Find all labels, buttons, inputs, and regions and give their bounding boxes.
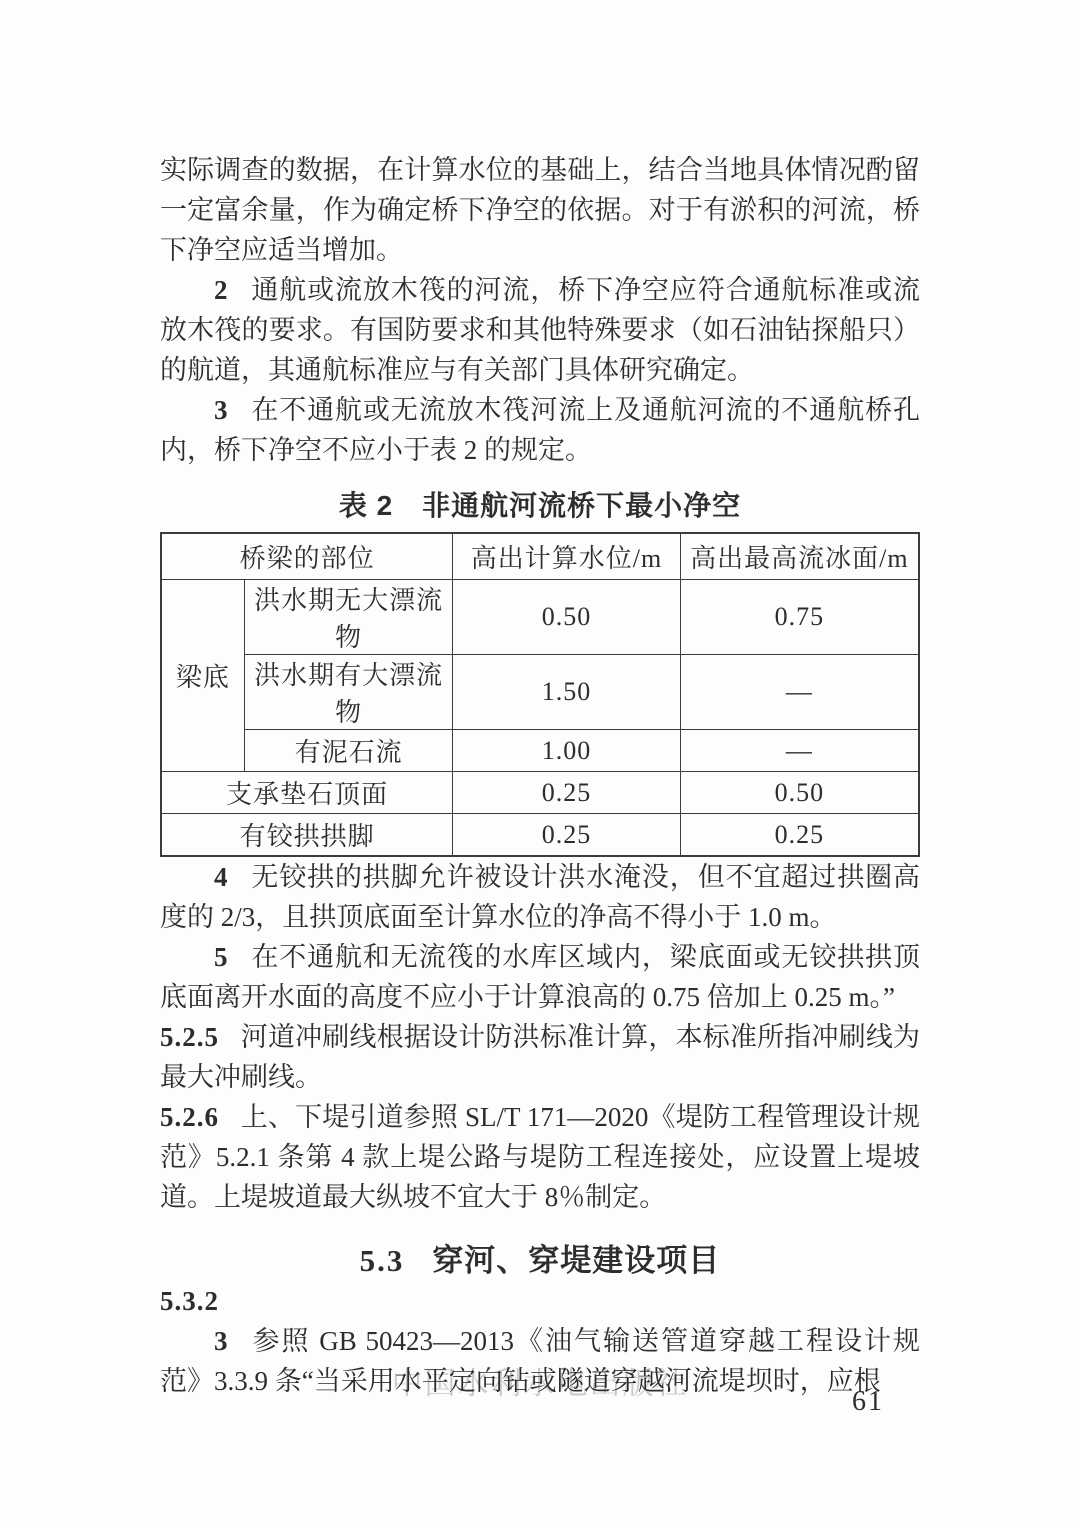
- page-number: 61: [852, 1386, 884, 1418]
- paragraph-text: 无铰拱的拱脚允许被设计洪水淹没，但不宜超过拱圈高度的 2/3，且拱顶底面至计算水…: [160, 862, 920, 932]
- cell-water: 0.25: [453, 814, 680, 857]
- cell-water: 0.25: [453, 772, 680, 814]
- paragraph-item-4: 4无铰拱的拱脚允许被设计洪水淹没，但不宜超过拱圈高度的 2/3，且拱顶底面至计算…: [160, 857, 920, 937]
- paragraph-item-3: 3在不通航或无流放木筏河流上及通航河流的不通航桥孔内，桥下净空不应小于表 2 的…: [160, 390, 920, 470]
- header-ice: 高出最高流冰面/m: [680, 533, 919, 580]
- paragraph-text: 在不通航和无流筏的水库区域内，梁底面或无铰拱拱顶底面离开水面的高度不应小于计算浪…: [160, 942, 920, 1012]
- item-number: 3: [214, 1326, 228, 1356]
- cell-ice: 0.25: [680, 814, 919, 857]
- document-page: 实际调查的数据，在计算水位的基础上，结合当地具体情况酌留一定富余量，作为确定桥下…: [0, 0, 1080, 1527]
- paragraph-text: 参照 GB 50423—2013《油气输送管道穿越工程设计规范》3.3.9 条“…: [160, 1326, 920, 1396]
- cell-part: 支承垫石顶面: [161, 772, 453, 814]
- page-content: 实际调查的数据，在计算水位的基础上，结合当地具体情况酌留一定富余量，作为确定桥下…: [160, 150, 920, 1401]
- paragraph-text: 上、下堤引道参照 SL/T 171—2020《堤防工程管理设计规范》5.2.1 …: [160, 1102, 920, 1212]
- paragraph-text: 实际调查的数据，在计算水位的基础上，结合当地具体情况酌留一定富余量，作为确定桥下…: [160, 155, 920, 265]
- section-title: 穿河、穿堤建设项目: [432, 1243, 720, 1278]
- table-row: 有铰拱拱脚 0.25 0.25: [161, 814, 919, 857]
- clause-number: 5.2.6: [160, 1102, 219, 1132]
- table-title: 表 2 非通航河流桥下最小净空: [160, 486, 920, 526]
- clause-number: 5.3.2: [160, 1286, 219, 1316]
- clause-5-2-6: 5.2.6上、下堤引道参照 SL/T 171—2020《堤防工程管理设计规范》5…: [160, 1097, 920, 1217]
- cell-part: 有铰拱拱脚: [161, 814, 453, 857]
- paragraph-text: 通航或流放木筏的河流，桥下净空应符合通航标准或流放木筏的要求。有国防要求和其他特…: [160, 275, 920, 385]
- clearance-table: 桥梁的部位 高出计算水位/m 高出最高流冰面/m 梁底 洪水期无大漂流物 0.5…: [160, 532, 920, 857]
- item-number: 4: [214, 862, 228, 892]
- paragraph-item-5: 5在不通航和无流筏的水库区域内，梁底面或无铰拱拱顶底面离开水面的高度不应小于计算…: [160, 937, 920, 1017]
- section-number: 5.3: [360, 1243, 405, 1278]
- cell-water: 0.50: [453, 580, 680, 655]
- paragraph-item-2: 2通航或流放木筏的河流，桥下净空应符合通航标准或流放木筏的要求。有国防要求和其他…: [160, 270, 920, 390]
- table-row: 支承垫石顶面 0.25 0.50: [161, 772, 919, 814]
- header-water: 高出计算水位/m: [453, 533, 680, 580]
- cell-ice: —: [680, 655, 919, 730]
- clause-number: 5.2.5: [160, 1022, 219, 1052]
- cell-part: 洪水期无大漂流物: [244, 580, 452, 655]
- cell-part: 有泥石流: [244, 730, 452, 772]
- table-header-row: 桥梁的部位 高出计算水位/m 高出最高流冰面/m: [161, 533, 919, 580]
- item-number: 5: [214, 942, 228, 972]
- paragraph-continuation: 实际调查的数据，在计算水位的基础上，结合当地具体情况酌留一定富余量，作为确定桥下…: [160, 150, 920, 270]
- paragraph-item-3b: 3参照 GB 50423—2013《油气输送管道穿越工程设计规范》3.3.9 条…: [160, 1321, 920, 1401]
- cell-ice: 0.75: [680, 580, 919, 655]
- cell-water: 1.00: [453, 730, 680, 772]
- row-group-label: 梁底: [161, 580, 244, 772]
- table-row: 洪水期有大漂流物 1.50 —: [161, 655, 919, 730]
- clause-5-3-2: 5.3.2: [160, 1281, 920, 1321]
- cell-ice: 0.50: [680, 772, 919, 814]
- item-number: 2: [214, 275, 228, 305]
- clause-5-2-5: 5.2.5河道冲刷线根据设计防洪标准计算，本标准所指冲刷线为最大冲刷线。: [160, 1017, 920, 1097]
- paragraph-text: 河道冲刷线根据设计防洪标准计算，本标准所指冲刷线为最大冲刷线。: [160, 1022, 920, 1092]
- item-number: 3: [214, 395, 228, 425]
- header-part: 桥梁的部位: [161, 533, 453, 580]
- cell-water: 1.50: [453, 655, 680, 730]
- table-row: 梁底 洪水期无大漂流物 0.50 0.75: [161, 580, 919, 655]
- cell-ice: —: [680, 730, 919, 772]
- cell-part: 洪水期有大漂流物: [244, 655, 452, 730]
- section-heading: 5.3穿河、穿堤建设项目: [160, 1241, 920, 1281]
- paragraph-text: 在不通航或无流放木筏河流上及通航河流的不通航桥孔内，桥下净空不应小于表 2 的规…: [160, 395, 920, 465]
- table-row: 有泥石流 1.00 —: [161, 730, 919, 772]
